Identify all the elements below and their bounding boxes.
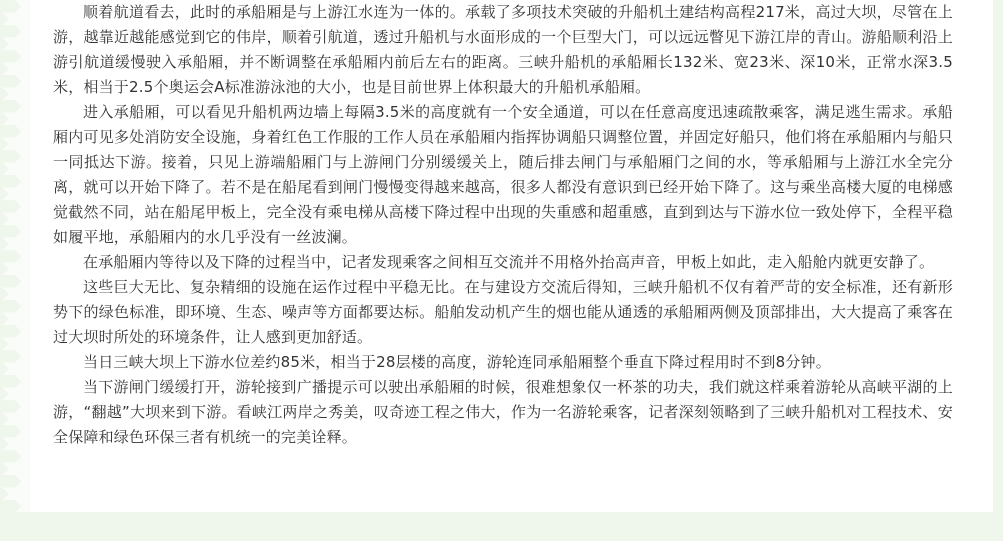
paragraph: 在承船厢内等待以及下降的过程当中，记者发现乘客之间相互交流并不用格外抬高声音，甲… [53,250,953,275]
paragraph: 顺着航道看去，此时的承船厢是与上游江水连为一体的。承载了多项技术突破的升船机土建… [53,0,953,100]
paragraph: 当下游闸门缓缓打开，游轮接到广播提示可以驶出承船厢的时候，很难想象仅一杯茶的功夫… [53,375,953,450]
article-body: 顺着航道看去，此时的承船厢是与上游江水连为一体的。承载了多项技术突破的升船机土建… [53,0,953,450]
paragraph: 这些巨大无比、复杂精细的设施在运作过程中平稳无比。在与建设方交流后得知，三峡升船… [53,275,953,350]
paragraph: 当日三峡大坝上下游水位差约85米，相当于28层楼的高度，游轮连同承船厢整个垂直下… [53,350,953,375]
paragraph: 进入承船厢，可以看见升船机两边墙上每隔3.5米的高度就有一个安全通道，可以在任意… [53,100,953,250]
